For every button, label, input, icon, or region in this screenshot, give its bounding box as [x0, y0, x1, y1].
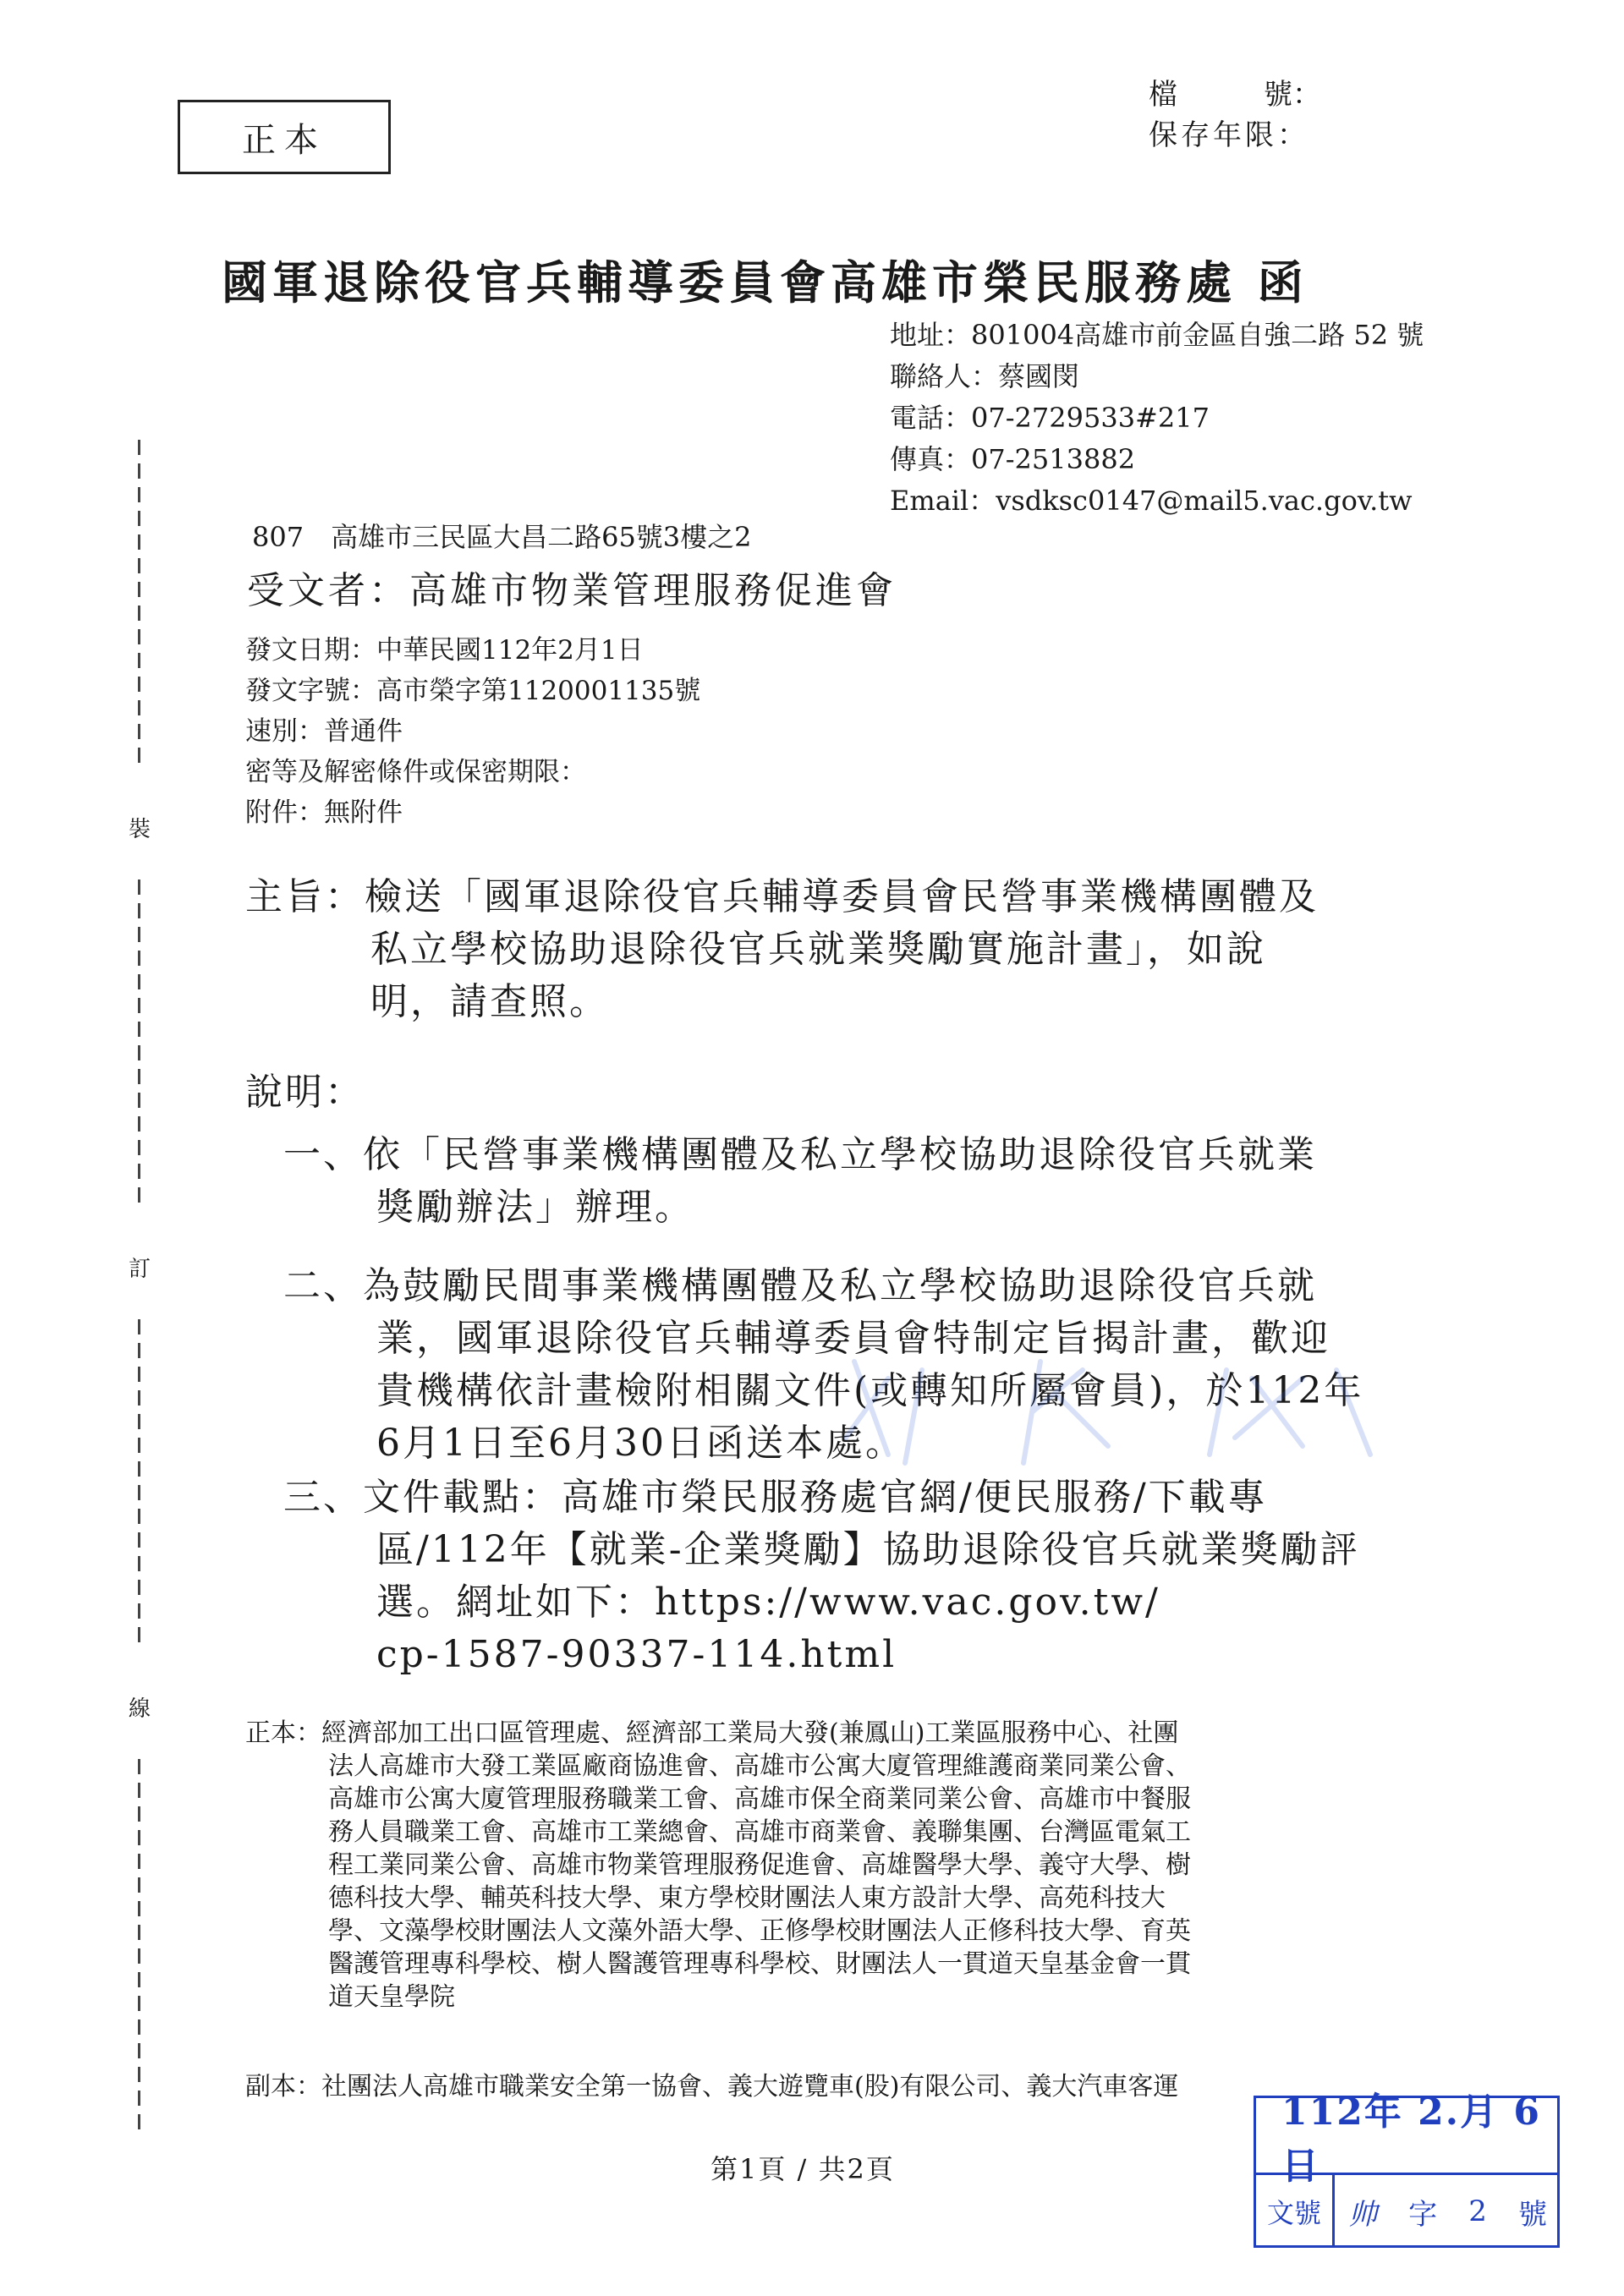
- cc-line: 法人高雄市大發工業區廠商協進會、高雄市公寓大廈管理維護商業同業公會、: [245, 1750, 1191, 1783]
- cc-line: 醫護管理專科學校、樹人醫護管理專科學校、財團法人一貫道天皇基金會一貫: [245, 1948, 1191, 1981]
- cc-line: 務人員職業工會、高雄市工業總會、高雄市商業會、義聯集團、台灣區電氣工: [245, 1816, 1191, 1849]
- dash: [138, 1925, 140, 1940]
- dash: [138, 487, 140, 502]
- file-number-label: 檔 號: [1149, 74, 1292, 115]
- dash: [138, 1877, 140, 1893]
- item-line: 一、依「民營事業機構團體及私立學校協助退除役官兵就業: [283, 1129, 1317, 1181]
- retention-row: 保存年限 ：: [1149, 115, 1321, 156]
- classification: 密等及解密條件或保密期限：: [245, 752, 700, 792]
- sender-address: 地址：801004高雄市前金區自強二路 52 號: [890, 315, 1424, 356]
- item-line: 三、文件載點：高雄市榮民服務處官網/便民服務/下載專: [283, 1471, 1360, 1524]
- url-line[interactable]: 選。網址如下：https://www.vac.gov.tw/: [283, 1576, 1360, 1629]
- dash: [138, 1343, 140, 1358]
- issue-date: 發文日期：中華民國112年2月1日: [245, 630, 700, 671]
- dash: [138, 700, 140, 715]
- cc-line: 程工業同業公會、高雄市物業管理服務促進會、高雄醫學大學、義守大學、樹: [245, 1849, 1191, 1882]
- dash: [138, 1556, 140, 1571]
- binding-char-xian: 線: [127, 1691, 152, 1723]
- cc-line: 副本：社團法人高雄市職業安全第一協會、義大遊覽車(股)有限公司、義大汽車客運: [245, 2070, 1178, 2103]
- dash: [138, 1367, 140, 1382]
- dash: [138, 1069, 140, 1084]
- dash: [138, 1022, 140, 1037]
- attachments: 附件：無附件: [245, 792, 700, 833]
- cc-line: 正本：經濟部加工出口區管理處、經濟部工業局大發(兼鳳山)工業區服務中心、社團: [245, 1717, 1191, 1750]
- copy-recipients: 副本：社團法人高雄市職業安全第一協會、義大遊覽車(股)有限公司、義大汽車客運: [245, 2070, 1178, 2103]
- dash: [138, 2114, 140, 2129]
- item-line: 區/112年【就業-企業獎勵】協助退除役官兵就業獎勵評: [283, 1524, 1360, 1576]
- dash: [138, 1414, 140, 1429]
- stamp-char: 字: [1408, 2191, 1437, 2233]
- explanation-item-3: 三、文件載點：高雄市榮民服務處官網/便民服務/下載專 區/112年【就業-企業獎…: [283, 1471, 1360, 1681]
- dash: [138, 879, 140, 895]
- dash: [138, 724, 140, 739]
- stamp-handwritten-mark: 帅: [1348, 2191, 1377, 2233]
- stamp-number-label: 文號: [1256, 2175, 1335, 2248]
- dash: [138, 1603, 140, 1619]
- cc-line: 道天皇學院: [245, 1981, 1191, 2014]
- item-line: 二、為鼓勵民間事業機構團體及私立學校協助退除役官兵就: [283, 1260, 1363, 1312]
- dash: [138, 677, 140, 692]
- dash: [138, 653, 140, 668]
- faint-stamp-watermark: [829, 1345, 1404, 1471]
- dash: [138, 1532, 140, 1548]
- dash: [138, 1996, 140, 2011]
- dash: [138, 1806, 140, 1822]
- document-title: 國軍退除役官兵輔導委員會高雄市榮民服務處 函: [222, 247, 1309, 312]
- page-number: 第1頁 / 共2頁: [710, 2148, 895, 2187]
- sender-contact: 聯絡人：蔡國閔: [890, 356, 1424, 397]
- dash: [138, 1901, 140, 1916]
- explanation-item-1: 一、依「民營事業機構團體及私立學校協助退除役官兵就業 獎勵辦法」辦理。: [283, 1129, 1317, 1234]
- cc-line: 高雄市公寓大廈管理服務職業工會、高雄市保全商業同業公會、高雄市中餐服: [245, 1783, 1191, 1816]
- dash: [138, 974, 140, 989]
- dash: [138, 903, 140, 918]
- item-line: 獎勵辦法」辦理。: [283, 1181, 1317, 1234]
- recipient-address: 807 高雄市三民區大昌二路65號3樓之2: [252, 516, 752, 555]
- sender-info: 地址：801004高雄市前金區自強二路 52 號 聯絡人：蔡國閔 電話：07-2…: [890, 315, 1424, 522]
- stamp-suffix: 號: [1518, 2191, 1547, 2233]
- dash: [138, 1319, 140, 1334]
- dash: [138, 2067, 140, 2082]
- file-meta: 檔 號 ： 保存年限 ：: [1149, 74, 1321, 156]
- dash: [138, 629, 140, 644]
- stamp-number: 2: [1468, 2195, 1487, 2228]
- dash: [138, 534, 140, 550]
- dash: [138, 1187, 140, 1203]
- document-meta: 發文日期：中華民國112年2月1日 發文字號：高市榮字第1120001135號 …: [245, 630, 700, 833]
- retention-label: 保存年限: [1149, 115, 1277, 156]
- dash: [138, 1390, 140, 1406]
- dash: [138, 1438, 140, 1453]
- dash: [138, 1045, 140, 1060]
- received-date-stamp: 112年 2.月 6日 文號 帅 字 2 號: [1254, 2096, 1560, 2248]
- dash: [138, 927, 140, 942]
- dash: [138, 558, 140, 573]
- dash: [138, 998, 140, 1013]
- binding-char-ding: 訂: [127, 1252, 152, 1283]
- dash: [138, 748, 140, 763]
- dash: [138, 1164, 140, 1179]
- stamp-number-row: 文號 帅 字 2 號: [1256, 2175, 1557, 2248]
- recipient: 受文者：高雄市物業管理服務促進會: [247, 560, 897, 614]
- dash: [138, 1948, 140, 1964]
- binding-char-zhuang: 裝: [127, 812, 152, 843]
- dash: [138, 2091, 140, 2106]
- dash: [138, 582, 140, 597]
- dash: [138, 606, 140, 621]
- dash: [138, 1627, 140, 1642]
- copy-label: 正本: [242, 113, 326, 162]
- original-recipients: 正本：經濟部加工出口區管理處、經濟部工業局大發(兼鳳山)工業區服務中心、社團 法…: [245, 1717, 1191, 2014]
- stamp-date: 112年 2.月 6日: [1256, 2098, 1557, 2175]
- copy-label-box: 正本: [178, 100, 391, 174]
- dash: [138, 1972, 140, 1987]
- subject-line: 私立學校協助退除役官兵就業獎勵實施計畫」，如說: [245, 923, 1319, 976]
- binding-margin: 裝 訂 線: [127, 440, 152, 2131]
- dash: [138, 951, 140, 966]
- sender-email: Email：vsdksc0147@mail5.vac.gov.tw: [890, 480, 1424, 522]
- dash: [138, 1759, 140, 1774]
- sender-fax: 傳真：07-2513882: [890, 439, 1424, 480]
- dash: [138, 463, 140, 479]
- explanation-heading: 說明：: [245, 1061, 365, 1115]
- file-number-row: 檔 號 ：: [1149, 74, 1321, 115]
- dash: [138, 2019, 140, 2035]
- subject: 主旨：檢送「國軍退除役官兵輔導委員會民營事業機構團體及 私立學校協助退除役官兵就…: [245, 871, 1319, 1028]
- urgency: 速別：普通件: [245, 711, 700, 752]
- dash: [138, 511, 140, 526]
- dash: [138, 1461, 140, 1477]
- doc-number: 發文字號：高市榮字第1120001135號: [245, 671, 700, 711]
- dash: [138, 2043, 140, 2058]
- dash: [138, 1509, 140, 1524]
- cc-line: 學、文藻學校財團法人文藻外語大學、正修學校財團法人正修科技大學、育英: [245, 1915, 1191, 1948]
- dash: [138, 1580, 140, 1595]
- dash: [138, 440, 140, 455]
- dash: [138, 1854, 140, 1869]
- dash: [138, 1830, 140, 1845]
- dash: [138, 1140, 140, 1155]
- sender-phone: 電話：07-2729533#217: [890, 397, 1424, 439]
- dash: [138, 1093, 140, 1108]
- subject-line: 主旨：檢送「國軍退除役官兵輔導委員會民營事業機構團體及: [245, 871, 1319, 923]
- subject-line: 明，請查照。: [245, 976, 1319, 1028]
- stamp-number-value: 帅 字 2 號: [1335, 2175, 1557, 2248]
- cc-line: 德科技大學、輔英科技大學、東方學校財團法人東方設計大學、高苑科技大: [245, 1882, 1191, 1915]
- dash: [138, 1485, 140, 1500]
- dash: [138, 1116, 140, 1132]
- url-line[interactable]: cp-1587-90337-114.html: [283, 1629, 1360, 1681]
- dash: [138, 1783, 140, 1798]
